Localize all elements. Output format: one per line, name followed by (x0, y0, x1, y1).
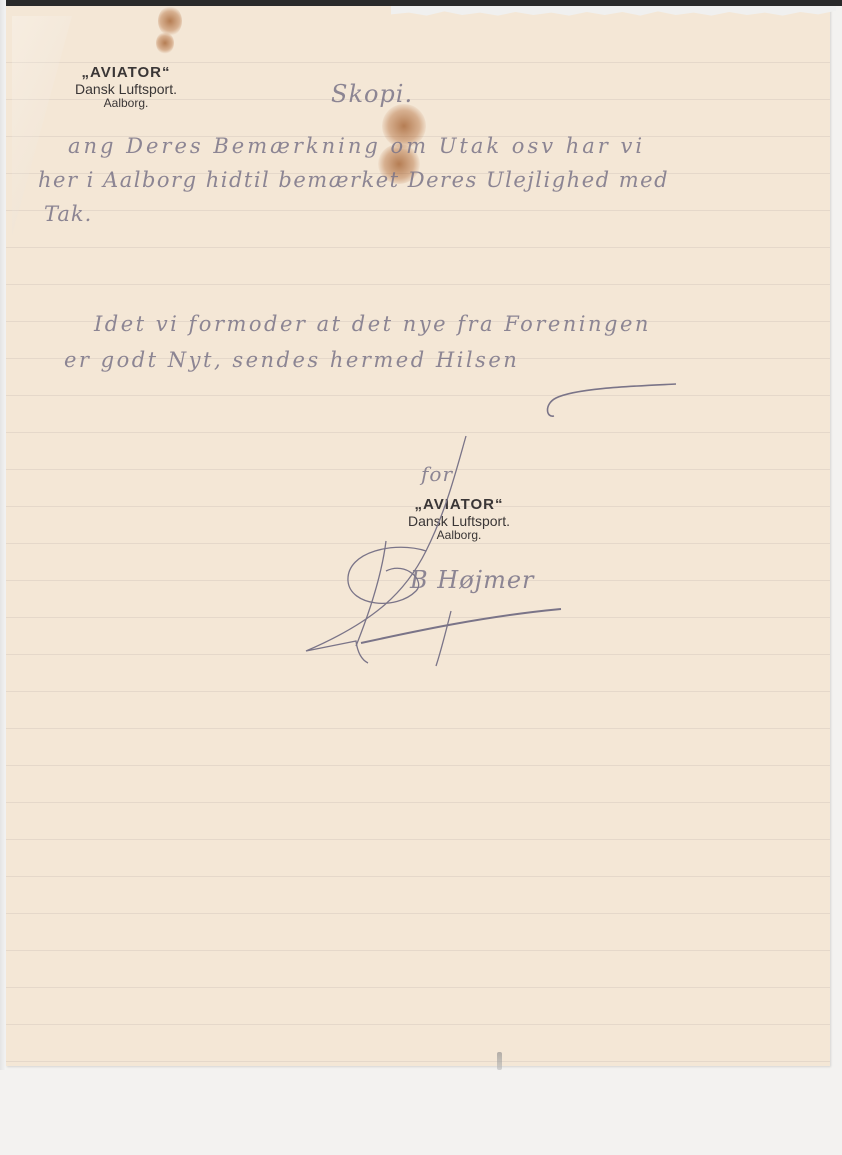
letterhead-subtitle: Dansk Luftsport. (36, 81, 216, 97)
letterhead-name: „AVIATOR“ (36, 64, 216, 81)
staple-mark (497, 1052, 502, 1070)
salutation: Skopi. (331, 80, 413, 108)
signature: B Højmer (410, 566, 535, 594)
paragraph1-line2: her i Aalborg hidtil bemærket Deres Ulej… (38, 168, 669, 192)
paragraph1-line1: ang Deres Bemærkning om Utak osv har vi (68, 134, 645, 158)
signature-flourish (286, 431, 576, 681)
letterhead-stamp: „AVIATOR“ Dansk Luftsport. Aalborg. (36, 64, 216, 111)
paragraph1-line3: Tak. (44, 202, 92, 226)
torn-edge (391, 6, 836, 18)
letter-paper: „AVIATOR“ Dansk Luftsport. Aalborg. Skop… (6, 6, 830, 1066)
greeting-underline-flourish (536, 376, 686, 426)
letterhead-city: Aalborg. (36, 97, 216, 111)
rust-stain (156, 32, 174, 54)
paragraph2-line1: Idet vi formoder at det nye fra Forening… (94, 312, 651, 336)
paragraph2-line2: er godt Nyt, sendes hermed Hilsen (64, 348, 519, 372)
